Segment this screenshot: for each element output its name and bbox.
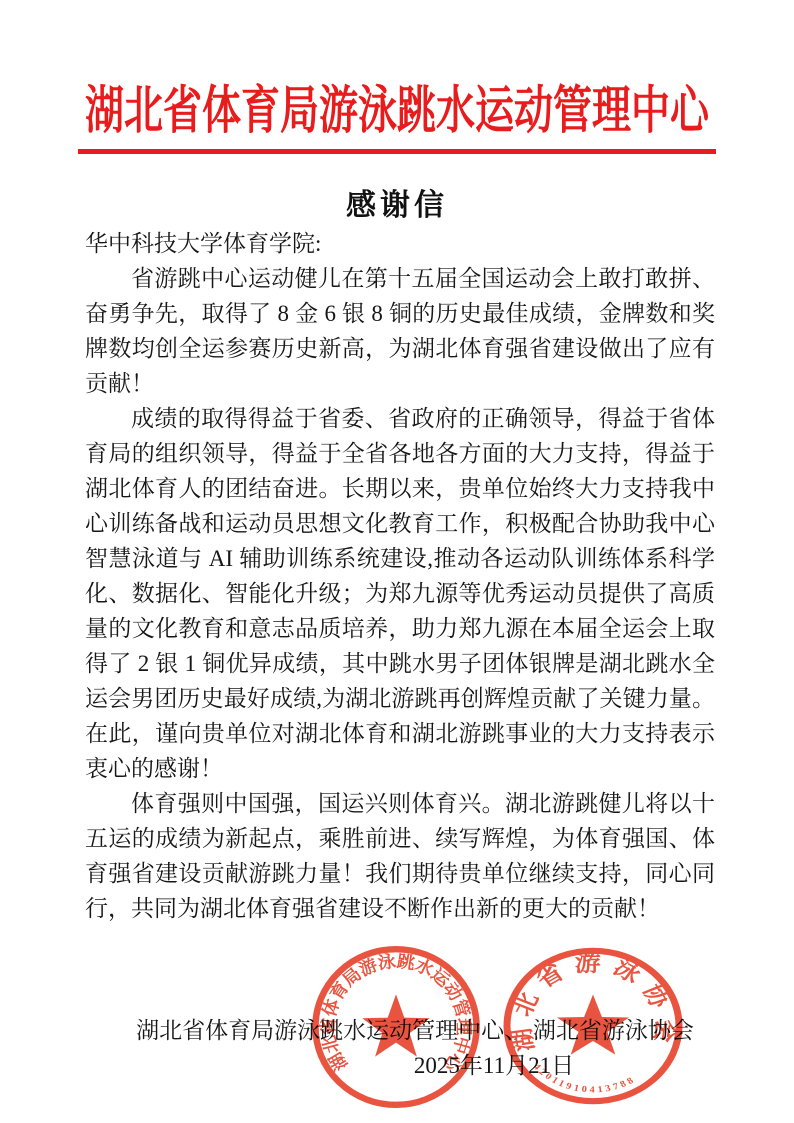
paragraph-2: 成绩的取得得益于省委、省政府的正确领导，得益于省体育局的组织领导，得益于全省各地… [85,401,715,786]
official-seal-right: 湖北省游泳协会 42011910413788 [498,943,688,1109]
star-icon [557,995,629,1055]
paragraph-1: 省游跳中心运动健儿在第十五届全国运动会上敢打敢拼、奋勇争先，取得了 8 金 6 … [85,261,715,401]
doc-title: 感谢信 [0,180,794,224]
official-seal-left: 湖北省体育局游泳跳水运动管理中心 [307,941,485,1113]
salutation: 华中科技大学体育学院: [85,226,715,261]
letter-body: 华中科技大学体育学院: 省游跳中心运动健儿在第十五届全国运动会上敢打敢拼、奋勇争… [85,226,715,926]
letterhead-divider [78,149,716,154]
letter-page: 湖北省体育局游泳跳水运动管理中心 感谢信 华中科技大学体育学院: 省游跳中心运动… [0,0,794,1123]
letterhead-title: 湖北省体育局游泳跳水运动管理中心 [0,70,794,144]
star-icon [362,994,430,1056]
paragraph-3: 体育强则中国强，国运兴则体育兴。湖北游跳健儿将以十五运的成绩为新起点，乘胜前进、… [85,786,715,926]
